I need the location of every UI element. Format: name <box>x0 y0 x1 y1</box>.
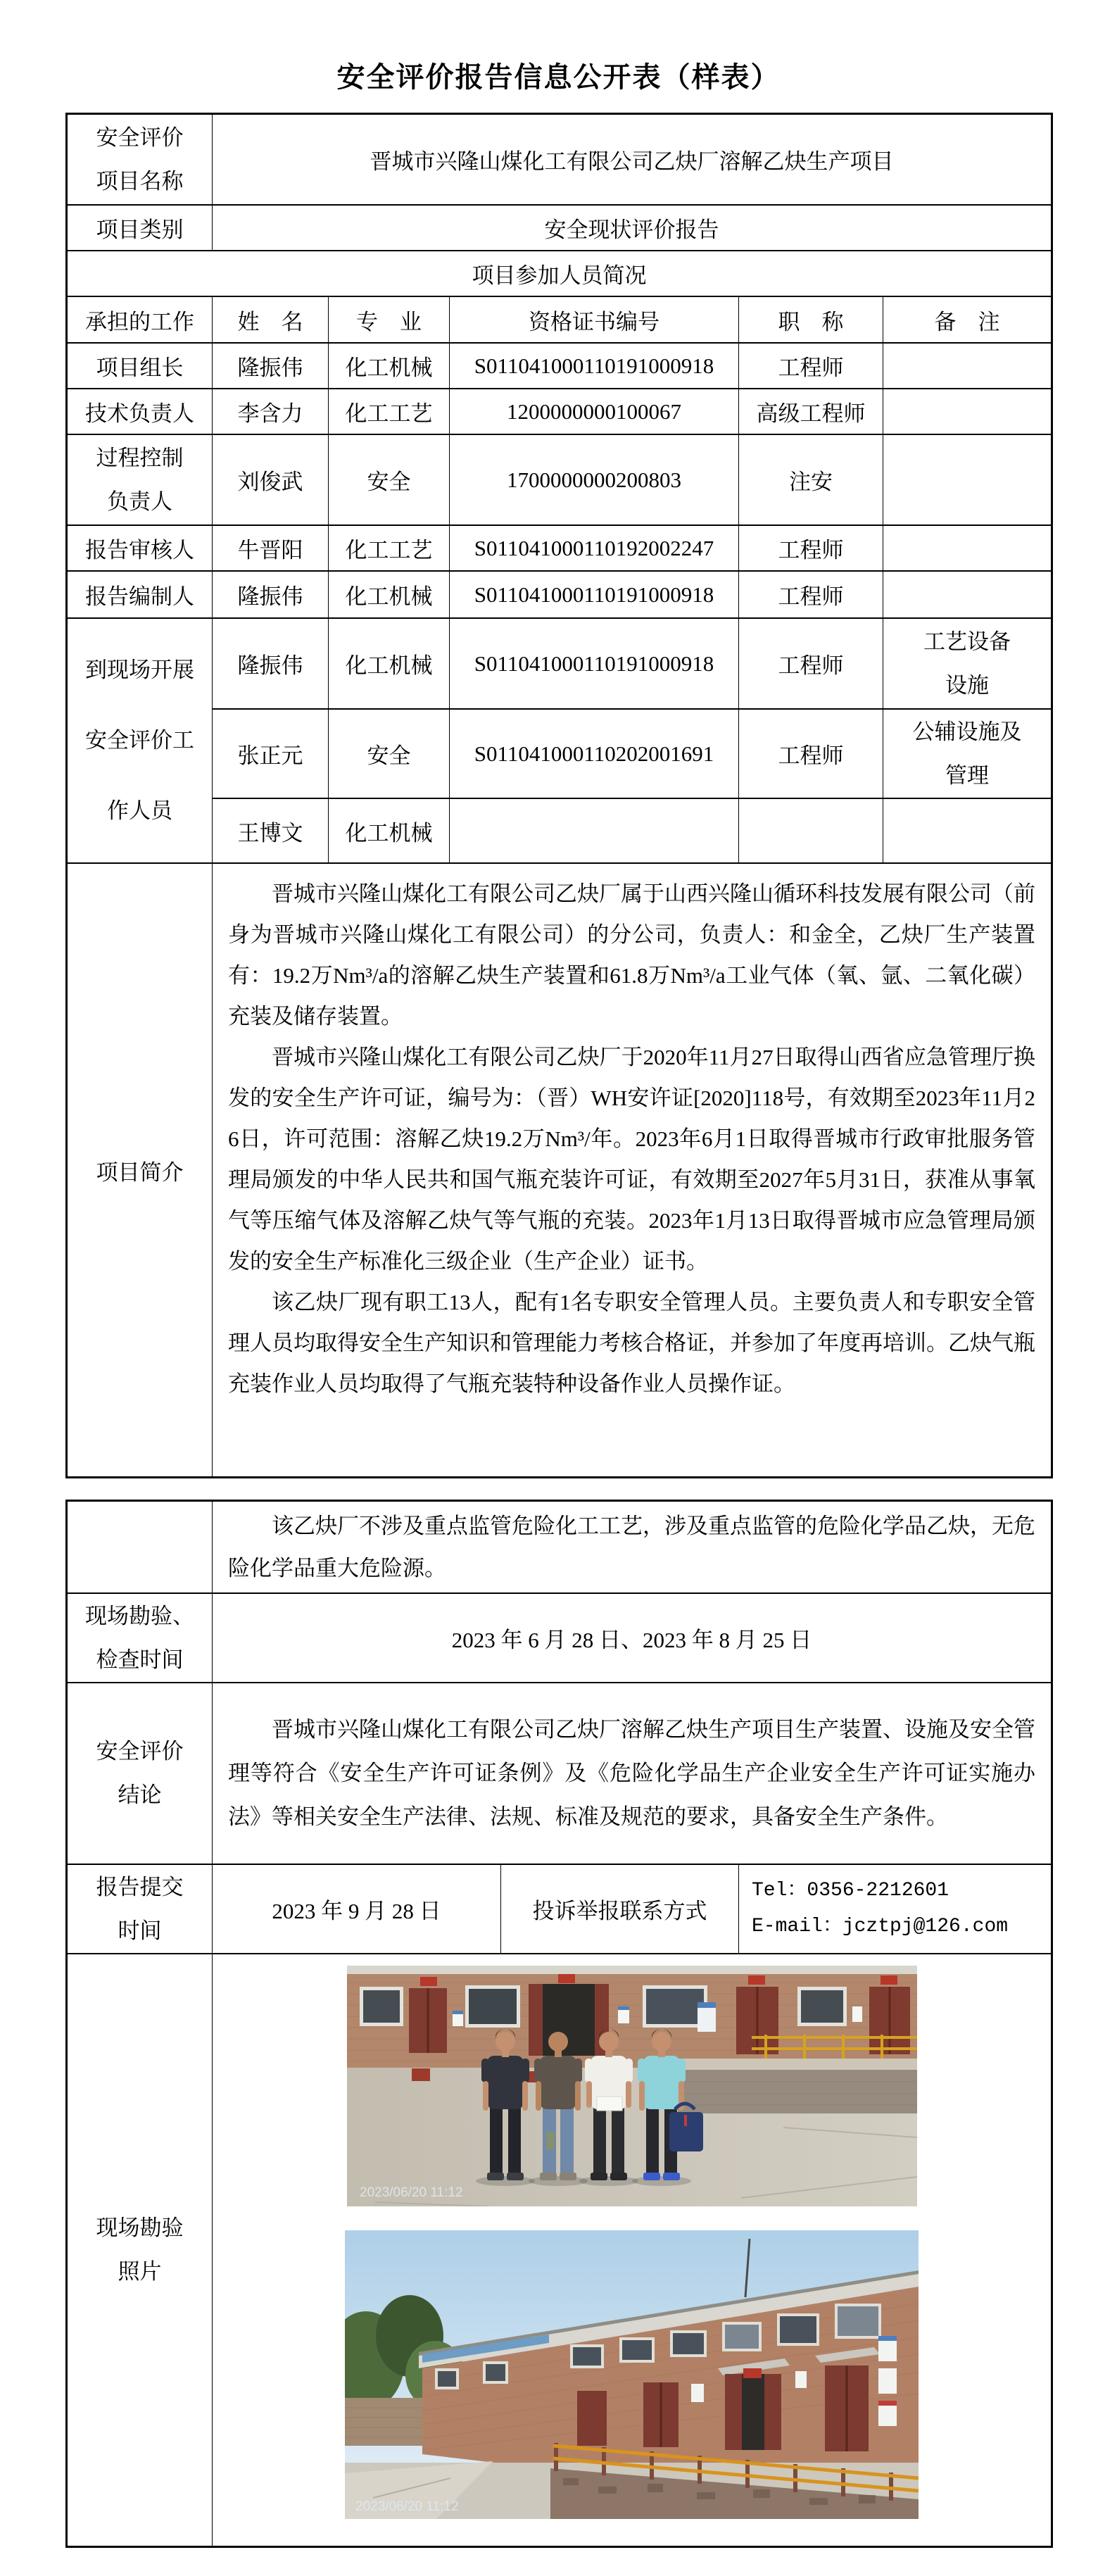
inspection-time-row: 现场勘验、 检查时间 2023 年 6 月 28 日、2023 年 8 月 25… <box>67 1593 1052 1683</box>
col-header-cert: 资格证书编号 <box>450 296 739 343</box>
personnel-row-reviewer: 报告审核人 牛晋阳 化工工艺 S011041000110192002247 工程… <box>67 525 1052 571</box>
project-category-row: 项目类别 安全现状评价报告 <box>67 205 1052 251</box>
document-page: 安全评价报告信息公开表（样表） 安全评价 项目名称 晋城市兴隆山煤化工有限公司乙… <box>0 0 1117 2576</box>
hazard-note-empty-label <box>67 1501 213 1594</box>
contact-email: E-mail：jcztpj@126.com <box>752 1914 1051 1940</box>
personnel-row-tech: 技术负责人 李含力 化工工艺 1200000000100067 高级工程师 <box>67 389 1052 434</box>
project-intro-label: 项目简介 <box>67 863 213 1478</box>
hazard-note-text: 该乙炔厂不涉及重点监管危险化工工艺，涉及重点监管的危险化学品乙炔，无危险化学品重… <box>213 1501 1052 1594</box>
project-name-row: 安全评价 项目名称 晋城市兴隆山煤化工有限公司乙炔厂溶解乙炔生产项目 <box>67 114 1052 206</box>
project-name-label: 安全评价 项目名称 <box>67 114 213 206</box>
boundary-wall <box>345 2398 428 2446</box>
project-intro-text: 晋城市兴隆山煤化工有限公司乙炔厂属于山西兴隆山循环科技发展有限公司（前身为晋城市… <box>213 863 1052 1478</box>
inspection-time-label: 现场勘验、 检查时间 <box>67 1593 213 1683</box>
project-intro-row: 项目简介 晋城市兴隆山煤化工有限公司乙炔厂属于山西兴隆山循环科技发展有限公司（前… <box>67 863 1052 1478</box>
site-team-row-3: 王博文 化工机械 <box>67 798 1052 863</box>
participants-section-title: 项目参加人员简况 <box>67 251 1052 296</box>
factory-photo-illustration: 2023/06/20 11:12 <box>345 2230 919 2519</box>
conclusion-label: 安全评价 结论 <box>67 1683 213 1864</box>
photo-timestamp: 2023/06/20 11:12 <box>355 2499 459 2514</box>
report-submit-label: 报告提交 时间 <box>67 1864 213 1954</box>
report-submit-date: 2023 年 9 月 28 日 <box>213 1864 501 1954</box>
factory-building-photo: 2023/06/20 11:12 <box>345 2230 919 2525</box>
conclusion-row: 安全评价 结论 晋城市兴隆山煤化工有限公司乙炔厂溶解乙炔生产项目生产装置、设施及… <box>67 1683 1052 1864</box>
col-header-title: 职 称 <box>739 296 883 343</box>
col-header-note: 备 注 <box>883 296 1052 343</box>
photo-timestamp: 2023/06/20 11:12 <box>360 2185 463 2200</box>
participants-section-row: 项目参加人员简况 <box>67 251 1052 296</box>
site-photos-row: 现场勘验 照片 <box>67 1954 1052 2547</box>
personnel-row-leader: 项目组长 隆振伟 化工机械 S011041000110191000918 工程师 <box>67 343 1052 389</box>
site-team-row-2: 张正元 安全 S011041000110202001691 工程师 公辅设施及 … <box>67 709 1052 798</box>
group-photo-illustration: 2023/06/20 11:12 <box>347 1966 917 2206</box>
site-survey-group-photo: 2023/06/20 11:12 <box>347 1966 917 2212</box>
project-category-label: 项目类别 <box>67 205 213 251</box>
complaint-contact-info: Tel：0356-2212601 E-mail：jcztpj@126.com <box>739 1864 1052 1954</box>
report-submit-row: 报告提交 时间 2023 年 9 月 28 日 投诉举报联系方式 Tel：035… <box>67 1864 1052 1954</box>
project-category-value: 安全现状评价报告 <box>213 205 1052 251</box>
site-team-row-1: 到现场开展 安全评价工 作人员 隆振伟 化工机械 S01104100011019… <box>67 618 1052 709</box>
inspection-dates: 2023 年 6 月 28 日、2023 年 8 月 25 日 <box>213 1593 1052 1683</box>
brick-building <box>347 1966 917 2071</box>
main-info-table: 安全评价 项目名称 晋城市兴隆山煤化工有限公司乙炔厂溶解乙炔生产项目 项目类别 … <box>65 113 1053 1478</box>
summary-table: 该乙炔厂不涉及重点监管危险化工工艺，涉及重点监管的危险化学品乙炔，无危险化学品重… <box>65 1500 1053 2548</box>
site-team-label: 到现场开展 安全评价工 作人员 <box>67 618 213 863</box>
site-photos-cell: 2023/06/20 11:12 <box>213 1954 1052 2547</box>
personnel-row-process: 过程控制 负责人 刘俊武 安全 1700000000200803 注安 <box>67 434 1052 525</box>
project-name-value: 晋城市兴隆山煤化工有限公司乙炔厂溶解乙炔生产项目 <box>213 114 1052 206</box>
hazard-note-row: 该乙炔厂不涉及重点监管危险化工工艺，涉及重点监管的危险化学品乙炔，无危险化学品重… <box>67 1501 1052 1594</box>
col-header-major: 专 业 <box>329 296 450 343</box>
site-photos-label: 现场勘验 照片 <box>67 1954 213 2547</box>
personnel-row-author: 报告编制人 隆振伟 化工机械 S011041000110191000918 工程… <box>67 571 1052 618</box>
complaint-contact-label: 投诉举报联系方式 <box>501 1864 739 1954</box>
conclusion-text: 晋城市兴隆山煤化工有限公司乙炔厂溶解乙炔生产项目生产装置、设施及安全管理等符合《… <box>213 1683 1052 1864</box>
contact-tel: Tel：0356-2212601 <box>752 1878 1051 1904</box>
page-title: 安全评价报告信息公开表（样表） <box>65 62 1052 93</box>
personnel-header-row: 承担的工作 姓 名 专 业 资格证书编号 职 称 备 注 <box>67 296 1052 343</box>
col-header-name: 姓 名 <box>213 296 329 343</box>
col-header-role: 承担的工作 <box>67 296 213 343</box>
